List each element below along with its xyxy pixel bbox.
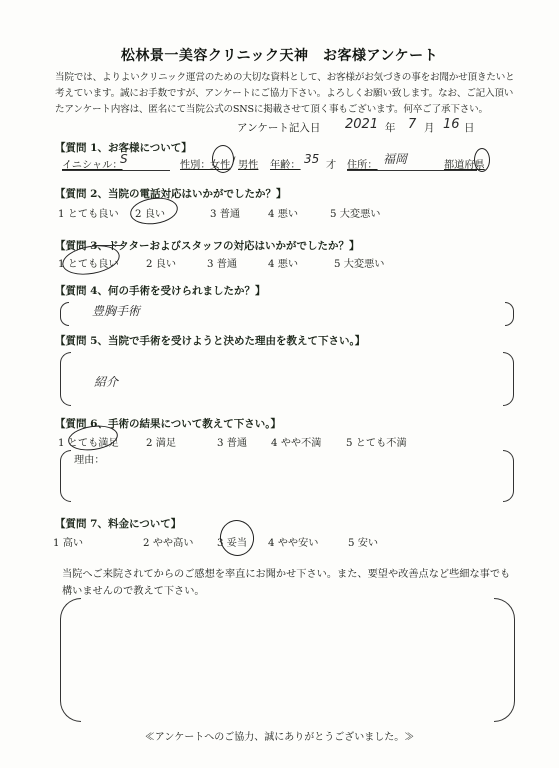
year-unit: 年 xyxy=(385,120,396,135)
gender-male[interactable]: 男性 xyxy=(238,156,258,171)
q4-answer[interactable]: 豊胸手術 xyxy=(92,302,140,319)
date-label: アンケート記入日 xyxy=(237,120,320,135)
q3-option-5[interactable]: 5 大変悪い xyxy=(334,255,384,270)
q6-right-bracket xyxy=(503,450,514,502)
q3-option-3[interactable]: 3 普通 xyxy=(207,255,237,270)
q2-option-5[interactable]: 5 大変悪い xyxy=(330,205,380,220)
q6-left-bracket xyxy=(60,450,71,502)
q5-heading: 【質問 5、当院で手術を受けようと決めた理由を教えて下さい。】 xyxy=(55,333,365,348)
month-unit: 月 xyxy=(424,120,435,135)
q6-option-3[interactable]: 3 普通 xyxy=(217,434,247,449)
intro-text: 当院では、よりよいクリニック運営のための大切な資料として、お客様がお気づきの事を… xyxy=(55,70,515,118)
q6-reason-input[interactable] xyxy=(110,451,490,497)
q7-selection-circle xyxy=(217,517,258,559)
gender-selection-circle xyxy=(212,145,234,173)
q2-option-4[interactable]: 4 悪い xyxy=(268,205,298,220)
q5-answer[interactable]: 紹介 xyxy=(94,373,118,390)
initial-label: イニシャル： xyxy=(62,156,123,171)
address-label: 住所： xyxy=(347,156,378,171)
q6-option-4[interactable]: 4 やや不満 xyxy=(271,434,321,449)
q6-reason-label: 理由： xyxy=(74,451,105,466)
q5-right-bracket xyxy=(503,352,514,406)
gender-label: 性別： xyxy=(180,156,211,171)
comments-left-bracket xyxy=(60,598,81,722)
q4-heading: 【質問 4、何の手術を受けられましたか？】 xyxy=(55,283,265,298)
prefecture-selection-circle xyxy=(474,148,490,172)
q2-option-1[interactable]: 1 とても良い xyxy=(58,205,119,220)
comments-input[interactable] xyxy=(84,604,490,714)
footer-thanks: ≪アンケートへのご協力、誠にありがとうございました。≫ xyxy=(0,728,559,743)
q7-option-5[interactable]: 5 安い xyxy=(348,534,378,549)
q7-heading: 【質問 7、料金について】 xyxy=(55,516,181,531)
q7-option-4[interactable]: 4 やや安い xyxy=(268,534,318,549)
age-unit: 才 xyxy=(326,156,336,171)
q6-option-2[interactable]: 2 満足 xyxy=(146,434,176,449)
q6-option-5[interactable]: 5 とても不満 xyxy=(346,434,407,449)
age-label: 年齢： xyxy=(270,156,301,171)
q5-left-bracket xyxy=(60,352,71,406)
date-year[interactable]: 2021 xyxy=(345,117,378,132)
survey-title: 松林景一美容クリニック天神 お客様アンケート xyxy=(0,45,559,65)
q3-option-4[interactable]: 4 悪い xyxy=(268,255,298,270)
q3-option-2[interactable]: 2 良い xyxy=(146,255,176,270)
q2-heading: 【質問 2、当院の電話対応はいかがでしたか？】 xyxy=(55,186,286,201)
age-value[interactable]: 35 xyxy=(304,152,319,166)
address-value[interactable]: 福岡 xyxy=(383,150,407,167)
comments-right-bracket xyxy=(494,598,515,722)
q7-option-2[interactable]: 2 やや高い xyxy=(143,534,193,549)
date-day[interactable]: 16 xyxy=(443,117,460,132)
comments-prompt: 当院へご来院されてからのご感想を率直にお聞かせ下さい。また、要望や改善点など些細… xyxy=(62,566,512,600)
day-unit: 日 xyxy=(464,120,475,135)
q7-option-1[interactable]: 1 高い xyxy=(53,534,83,549)
date-month[interactable]: 7 xyxy=(408,117,416,132)
initial-underline xyxy=(62,170,170,171)
initial-value[interactable]: S xyxy=(120,152,128,166)
q4-left-bracket xyxy=(60,302,69,326)
q4-right-bracket xyxy=(505,302,514,326)
q2-option-3[interactable]: 3 普通 xyxy=(210,205,240,220)
